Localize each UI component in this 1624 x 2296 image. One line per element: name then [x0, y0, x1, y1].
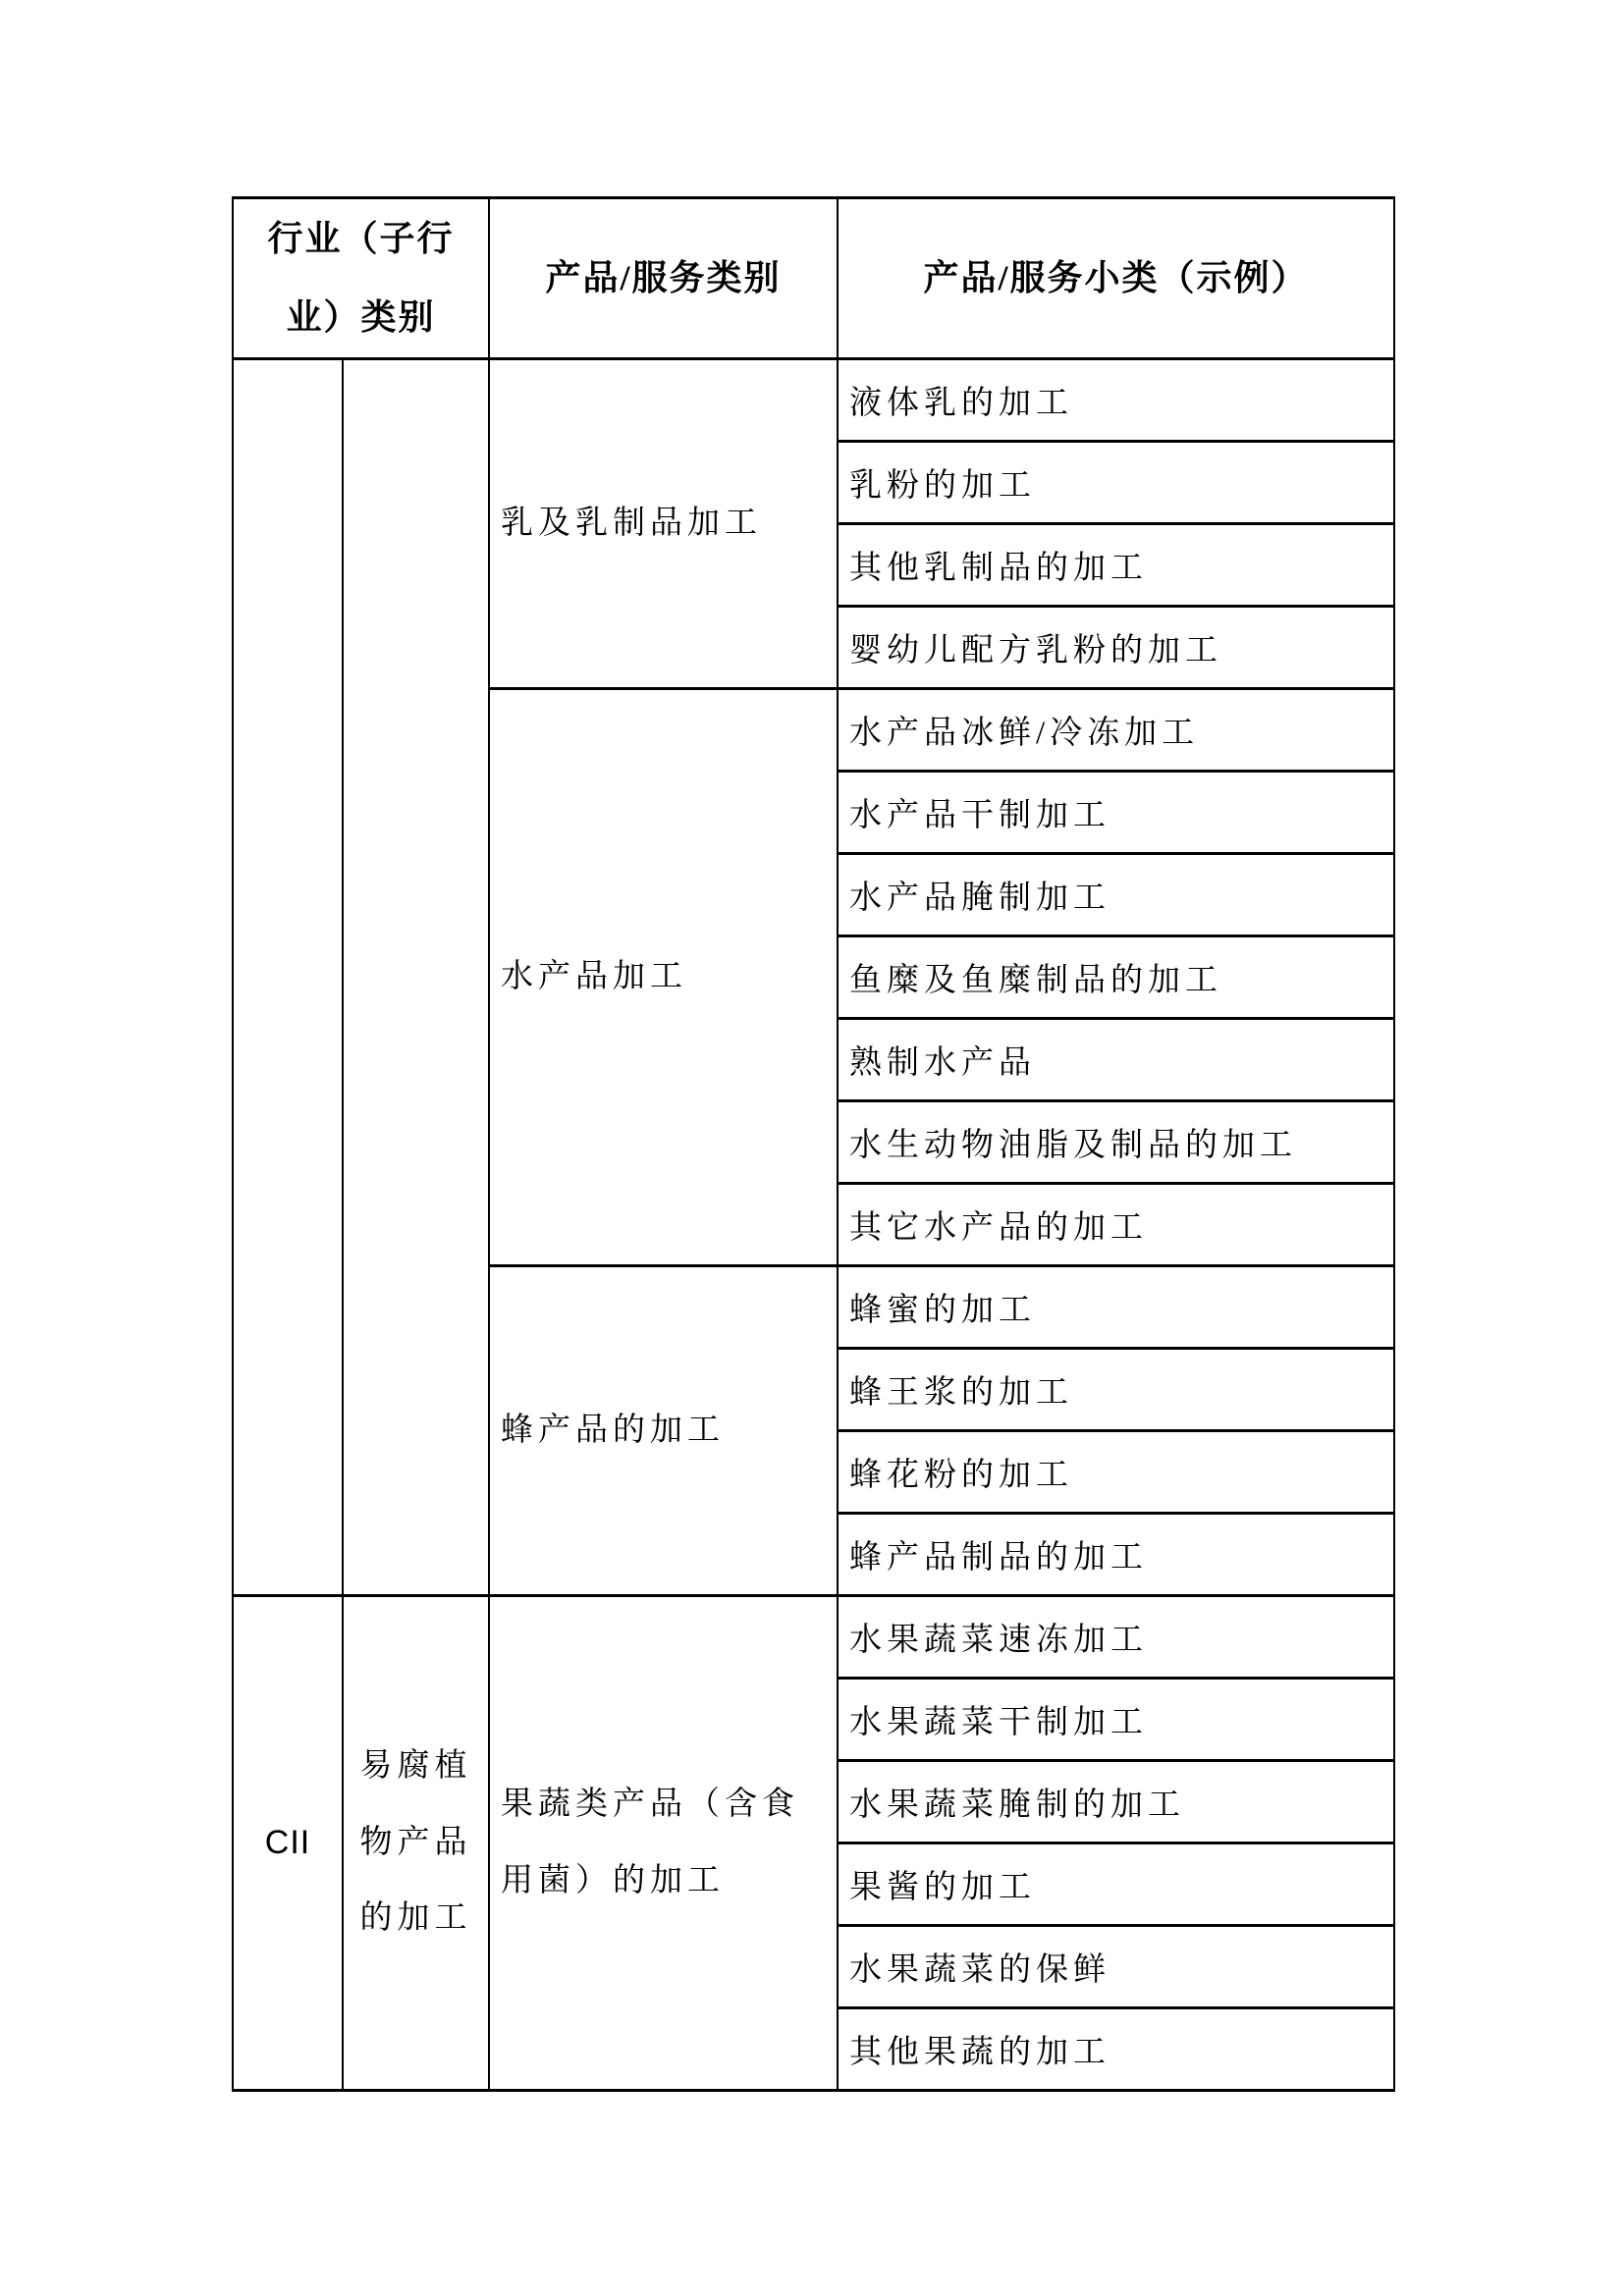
subcategory-cell: 蜂产品制品的加工: [838, 1514, 1394, 1596]
subcategory-cell: 蜂王浆的加工: [838, 1349, 1394, 1431]
subcategory-cell: 水果蔬菜速冻加工: [838, 1596, 1394, 1679]
subcategory-cell: 蜂蜜的加工: [838, 1266, 1394, 1349]
header-product-service-category: 产品/服务类别: [489, 198, 838, 359]
industry-name-cell-empty: [343, 359, 489, 1596]
category-cell: 乳及乳制品加工: [489, 359, 838, 689]
table-row: CII 易腐植 物产品 的加工 果蔬类产品（含食 用菌）的加工 水果蔬菜速冻加工: [233, 1596, 1394, 1679]
industry-code-cell-empty: [233, 359, 343, 1596]
subcategory-cell: 婴幼儿配方乳粉的加工: [838, 607, 1394, 689]
subcategory-cell: 其他乳制品的加工: [838, 524, 1394, 607]
classification-table: 行业（子行 业）类别 产品/服务类别 产品/服务小类（示例） 乳及乳制品加工 液…: [232, 196, 1395, 2092]
subcategory-cell: 水果蔬菜腌制的加工: [838, 1761, 1394, 1843]
subcategory-cell: 熟制水产品: [838, 1019, 1394, 1101]
subcategory-cell: 其它水产品的加工: [838, 1184, 1394, 1266]
subcategory-cell: 蜂花粉的加工: [838, 1431, 1394, 1514]
subcategory-cell: 乳粉的加工: [838, 442, 1394, 524]
subcategory-cell: 液体乳的加工: [838, 359, 1394, 442]
header-industry-category: 行业（子行 业）类别: [233, 198, 489, 359]
subcategory-cell: 水果蔬菜的保鲜: [838, 1926, 1394, 2008]
subcategory-cell: 果酱的加工: [838, 1843, 1394, 1926]
subcategory-cell: 水产品干制加工: [838, 772, 1394, 854]
category-cell: 蜂产品的加工: [489, 1266, 838, 1596]
industry-name-cell: 易腐植 物产品 的加工: [343, 1596, 489, 2091]
subcategory-cell: 水生动物油脂及制品的加工: [838, 1101, 1394, 1184]
header-row: 行业（子行 业）类别 产品/服务类别 产品/服务小类（示例）: [233, 198, 1394, 359]
subcategory-cell: 其他果蔬的加工: [838, 2008, 1394, 2091]
table-row: 乳及乳制品加工 液体乳的加工: [233, 359, 1394, 442]
subcategory-cell: 水产品冰鲜/冷冻加工: [838, 689, 1394, 772]
document-page: 行业（子行 业）类别 产品/服务类别 产品/服务小类（示例） 乳及乳制品加工 液…: [0, 0, 1624, 2296]
industry-code-cell: CII: [233, 1596, 343, 2091]
category-cell: 水产品加工: [489, 689, 838, 1266]
header-product-service-subcategory: 产品/服务小类（示例）: [838, 198, 1394, 359]
subcategory-cell: 水产品腌制加工: [838, 854, 1394, 936]
subcategory-cell: 水果蔬菜干制加工: [838, 1679, 1394, 1761]
subcategory-cell: 鱼糜及鱼糜制品的加工: [838, 936, 1394, 1019]
category-cell: 果蔬类产品（含食 用菌）的加工: [489, 1596, 838, 2091]
